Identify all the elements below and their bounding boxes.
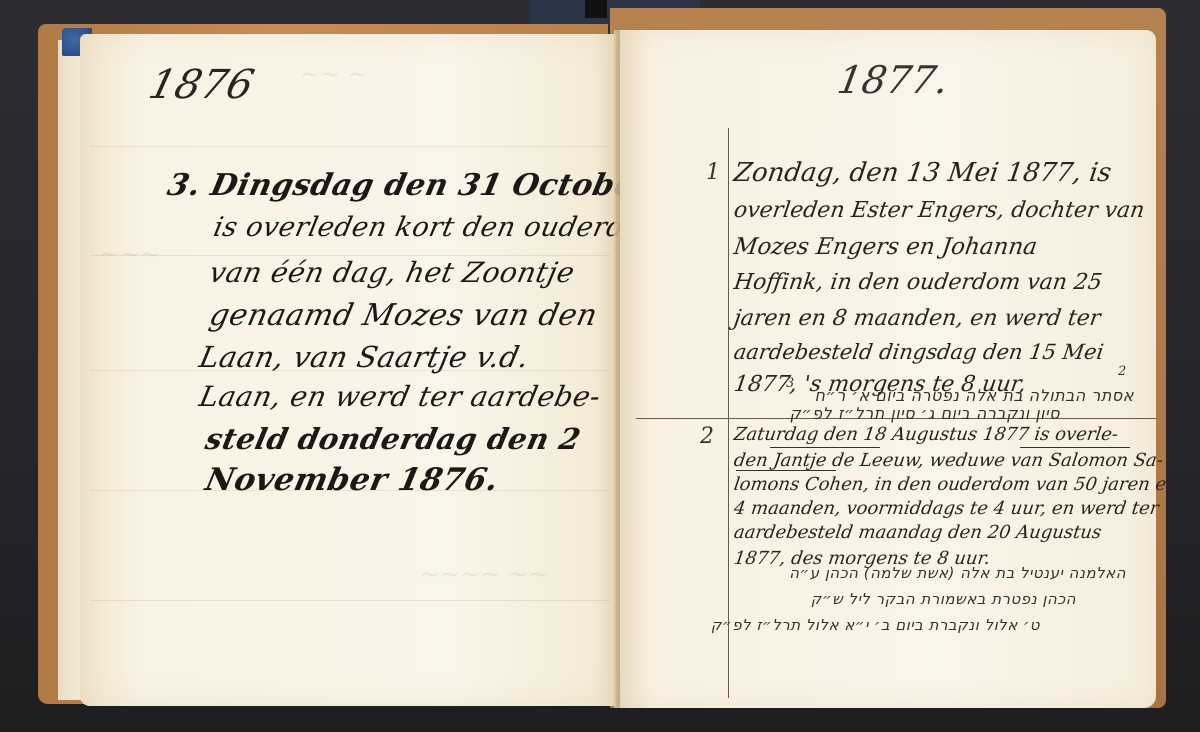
footnote-mark: 2 (1118, 364, 1126, 379)
entry-line: Laan, van Saartje v.d. (196, 340, 532, 374)
hebrew-annotation: האלמנה יענטיל בת אלה (אשת שלמה) הכהן ע״ה (736, 564, 1126, 582)
entry-line: den Jantje de Leeuw, weduwe van Salomon … (733, 450, 1165, 471)
show-through-text: ~~ ~ (297, 60, 371, 88)
name-underline (1020, 447, 1130, 448)
name-underline (736, 470, 836, 471)
entry-line: genaamd Mozes van den (206, 298, 600, 333)
year-heading-right: 1877. (834, 58, 952, 102)
entry-text: den Jantje de Leeuw, weduwe van Salomon … (733, 450, 1165, 471)
entry-line: is overleden kort den ouderdom (211, 212, 671, 243)
entry-line: jaren en 8 maanden, en werd ter (732, 306, 1102, 331)
entry-line: lomons Cohen, in den ouderdom van 50 jar… (733, 474, 1180, 495)
entry-line: overleden Ester Engers, dochter van (732, 198, 1146, 223)
ruled-line (90, 146, 610, 147)
entry-line: November 1876. (202, 462, 502, 498)
entry-line: Hoffink, in den ouderdom van 25 (732, 270, 1103, 295)
year-heading-left: 1876 (144, 62, 258, 108)
hebrew-annotation: אסתר הבתולה בת אלה נפטרה ביום א׳ ר״ח (724, 386, 1134, 405)
entry-line: van één dag, het Zoontje (206, 256, 577, 289)
entry-line: aardebesteld maandag den 20 Augustus (733, 522, 1103, 543)
entry-number: 2 (700, 424, 714, 449)
margin-rule (728, 128, 729, 698)
hebrew-annotation: סיון ונקברה ביום ג׳ סיון תרל״ז לפ״ק (730, 404, 1060, 423)
entry-number: 3. (164, 168, 204, 203)
entry-line: Laan, en werd ter aardebe- (196, 380, 603, 413)
entry-line: Zondag, den 13 Mei 1877, is (732, 158, 1113, 188)
hebrew-annotation: ט׳ אלול ונקברת ביום ב׳ י״א אלול תרל״ז לפ… (706, 616, 1040, 634)
show-through-text: ~~~~ ~~ (417, 560, 551, 588)
show-through-text: ~~~ (97, 240, 163, 268)
entry-line: Zaturdag den 18 Augustus 1877 is overle- (733, 424, 1120, 445)
photo-clip-notch (585, 0, 607, 18)
hebrew-annotation: הכהן נפטרת באשמורת הבקר ליל ש״ק (736, 590, 1076, 608)
name-underline (770, 447, 880, 448)
ruled-line (90, 600, 610, 601)
entry-line: Mozes Engers en Johanna (732, 234, 1039, 260)
entry-number: 1 (706, 160, 720, 185)
entry-line: steld donderdag den 2 (202, 422, 584, 456)
entry-line: 4 maanden, voormiddags te 4 uur, en werd… (733, 498, 1160, 519)
entry-line: aardebesteld dingsdag den 15 Mei (732, 340, 1105, 364)
